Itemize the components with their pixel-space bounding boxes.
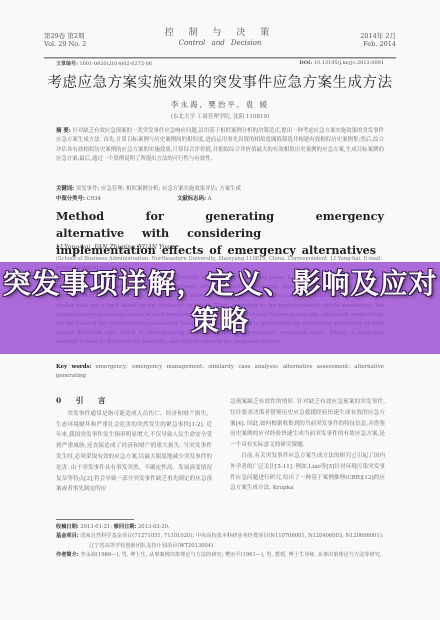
doi-label: DOI: (299, 60, 312, 66)
bio-line: 作者简介: 李永海(1986—), 男, 博士生, 从事案例决策理论与方法的研究… (56, 551, 384, 560)
revised-label: 修回日期: (114, 524, 137, 530)
revised-date: 2013-03-20. (138, 524, 170, 530)
clc-value: C934 (87, 196, 101, 202)
keywords-cn-label: 关键词: (56, 186, 74, 192)
classification: 中图分类号: C934 文献标志码: A (56, 194, 384, 202)
section-heading: 0 引 言 (56, 396, 212, 407)
overlay-title: 突发事项详解，定义、影响及应对策略 (0, 265, 440, 339)
abstract-cn: 摘 要: 针对缺乏有效应急预案的一类突发事件应急响应问题,沿用基于相似案例分析的… (56, 127, 384, 165)
article-no: 1001-0920(2014)02-0275-06 (79, 61, 152, 67)
footnote-rule (56, 519, 134, 520)
date-cn: 2014年 2月 (360, 32, 396, 40)
journal-name-cn: 控 制 与 决 策 (44, 28, 396, 39)
keywords-en-text: emergency; emergency management; similar… (56, 364, 384, 379)
clc-label: 中图分类号: (56, 196, 85, 202)
article-meta: 文章编号: 1001-0920(2014)02-0275-06 DOI: 10.… (56, 60, 384, 67)
keywords-en-label: Key words: (56, 364, 91, 370)
keywords-en: Key words: emergency; emergency manageme… (56, 363, 384, 381)
authors-en: LI Yong-hai, FAN Zhi-ping, YUAN Yuan (56, 244, 174, 251)
date-en: Feb. 2014 (360, 40, 396, 48)
journal-name: 控 制 与 决 策 Control and Decision (44, 28, 396, 47)
dates-line: 收稿日期: 2013-01-21; 修回日期: 2013-03-20. (56, 523, 384, 532)
bio-label: 作者简介: (56, 552, 79, 558)
abstract-cn-text: 针对缺乏有效应急预案的一类突发事件应急响应问题,沿用基于相似案例分析的决策范式,… (56, 128, 384, 162)
intro-paragraph-3: 目前,有关突发事件应急方案生成方法的研究已引起了国内外学者的广泛关注[5-11]… (230, 451, 385, 494)
keywords-cn: 关键词: 突发事件; 应急管理; 相似案例分析; 应急方案实施效果评估; 方案生… (56, 184, 384, 192)
bio-text: 李永海(1986—), 男, 博士生, 从事案例决策理论与方法的研究; 樊治平(… (80, 552, 381, 558)
received-date: 2013-01-21; (80, 524, 112, 530)
article-no-label: 文章编号: (56, 61, 78, 67)
doc-code-label: 文献标志码: (177, 196, 206, 202)
doi-value: 10.13195/j.kzyjc.2013.0091 (314, 60, 384, 66)
fund-label: 基金项目: (56, 533, 79, 539)
intro-left-column: 0 引 言 突发事件通常是指可能造成人员伤亡、经济和财产损失、生态环境破坏和严重… (56, 396, 212, 495)
doc-code-value: A (208, 196, 212, 202)
intro-paragraph-1: 突发事件通常是指可能造成人员伤亡、经济和财产损失、生态环境破坏和严重社会危害的突… (56, 409, 212, 495)
abstract-cn-label: 摘 要: (56, 128, 71, 134)
keywords-cn-text: 突发事件; 应急管理; 相似案例分析; 应急方案实施效果评估; 方案生成 (76, 186, 241, 192)
intro-right-column: 急预案缺乏有效性的情形. 针对缺乏有效应急预案的突发事件,往往要求决策者借鉴历史… (230, 397, 385, 494)
fund-line: 基金项目: 国家自然科学基金项目(71271051, 71101020); 中央… (56, 532, 384, 551)
fund-text: 国家自然科学基金项目(71271051, 71101020); 中央高校基本科研… (80, 533, 383, 548)
title-en: Method for generating emergency alternat… (56, 208, 384, 259)
journal-header: 第29卷 第2期 Vol. 29 No. 2 控 制 与 决 策 Control… (44, 28, 396, 54)
header-rule (44, 57, 396, 59)
authors-cn: 李永海, 樊治平, 袁 媛 (0, 99, 440, 110)
intro-paragraph-2: 急预案缺乏有效性的情形. 针对缺乏有效应急预案的突发事件,往往要求决策者借鉴历史… (230, 397, 385, 451)
affiliation-cn: (东北大学 工商管理学院, 沈阳 110819) (0, 112, 440, 120)
journal-name-en: Control and Decision (44, 39, 396, 47)
footnotes: 收稿日期: 2013-01-21; 修回日期: 2013-03-20. 基金项目… (56, 523, 384, 561)
title-cn: 考虑应急方案实施效果的突发事件应急方案生成方法 (0, 71, 440, 92)
title-en-line1: Method for generating emergency alternat… (56, 208, 384, 242)
issue-date: 2014年 2月 Feb. 2014 (360, 32, 396, 48)
received-label: 收稿日期: (56, 524, 79, 530)
paper-page: 第29卷 第2期 Vol. 29 No. 2 控 制 与 决 策 Control… (0, 0, 440, 620)
